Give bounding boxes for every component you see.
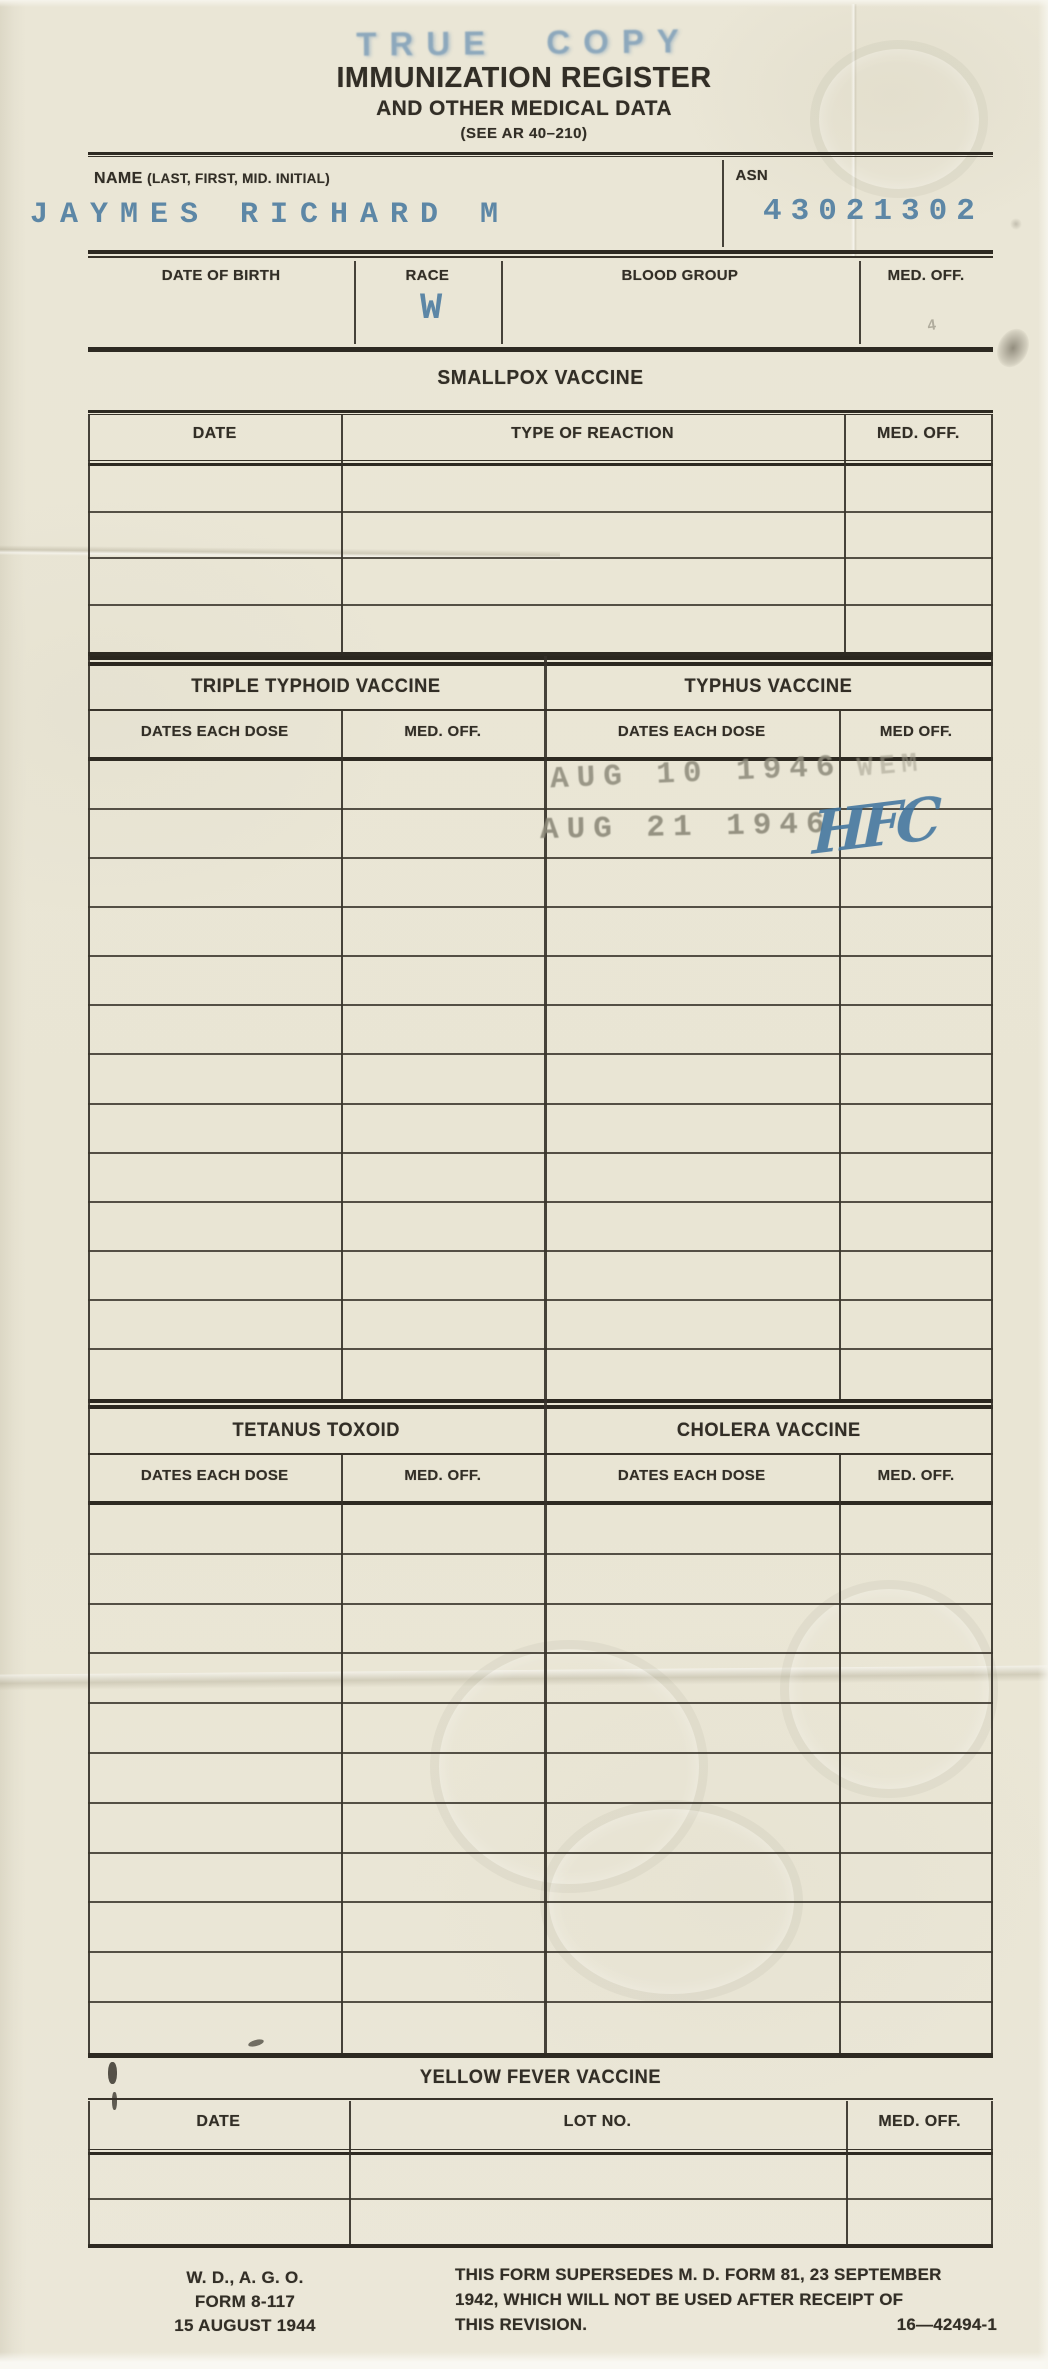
dob-row: DATE OF BIRTH RACE BLOOD GROUP MED. OFF. [88,258,993,347]
table-row [88,1555,993,1605]
rule [88,656,993,666]
column-divider [354,261,356,344]
smallpox-col-medoff: MED. OFF. [844,425,993,460]
rule [88,1399,993,1409]
rule [88,2244,993,2248]
yellow-fever-col-lot: LOT NO. [349,2113,847,2149]
footer-note-line1: THIS FORM SUPERSEDES M. D. FORM 81, 23 S… [455,2262,997,2287]
scan-edge [0,2352,1048,2369]
footer-note-line2: 1942, WHICH WILL NOT BE USED AFTER RECEI… [455,2287,997,2312]
table-row [88,1203,993,1252]
smallpox-table: DATE TYPE OF REACTION MED. OFF. [88,410,993,656]
name-sub-label: (LAST, FIRST, MID. INITIAL) [147,171,330,186]
cholera-title: CHOLERA VACCINE [677,1420,861,1442]
tetanus-cholera-table: TETANUS TOXOID CHOLERA VACCINE DATES EAC… [88,1399,993,2053]
asn-value-typed: 43021302 [763,194,984,229]
table-row [88,1654,993,1704]
race-label: RACE [354,267,501,284]
ink-blot [108,2062,117,2084]
race-value-typed: W [420,288,442,330]
rule [88,250,993,258]
smallpox-section-title: SMALLPOX VACCINE [106,367,975,390]
footer-note-line3: THIS REVISION. [455,2312,587,2337]
pencil-mark: 4 [926,315,949,344]
table-row [88,513,993,560]
tetanus-col-dates: DATES EACH DOSE [88,1467,341,1501]
footer-print-code: 16—42494-1 [897,2312,997,2337]
dob-race-blood-table: DATE OF BIRTH RACE BLOOD GROUP MED. OFF. [88,258,993,352]
typhus-medoff-stamp-1: WEM [856,749,925,785]
footer-form-date: 15 AUGUST 1944 [110,2314,380,2338]
yellow-fever-col-date: DATE [88,2113,349,2149]
scan-edge [0,0,1048,7]
table-row [88,2200,993,2245]
table-row [88,1055,993,1104]
table-row [88,1903,993,1953]
tetanus-col-medoff: MED. OFF. [341,1467,544,1501]
table-row [88,1006,993,1055]
table-row [88,2003,993,2053]
yellow-fever-rows [88,2155,993,2244]
cholera-col-dates: DATES EACH DOSE [544,1467,839,1501]
cholera-col-medoff: MED. OFF. [839,1467,993,1501]
table-row [88,559,993,606]
smallpox-col-date: DATE [88,425,341,460]
column-divider [501,261,503,344]
yellow-fever-col-medoff: MED. OFF. [846,2113,993,2149]
typhoid-title: TRIPLE TYPHOID VACCINE [191,676,440,698]
table-row [88,1704,993,1754]
footer-agency: W. D., A. G. O. [110,2266,380,2290]
dob-label: DATE OF BIRTH [88,267,354,284]
typhus-title: TYPHUS VACCINE [685,676,853,698]
name-label-group: NAME (LAST, FIRST, MID. INITIAL) [94,170,330,188]
table-row [88,908,993,957]
footer-note-block: THIS FORM SUPERSEDES M. D. FORM 81, 23 S… [455,2262,997,2337]
smallpox-col-reaction: TYPE OF REACTION [341,425,843,460]
form-regulation-reference: (SEE AR 40–210) [0,125,1048,142]
table-row [88,2155,993,2200]
table-row [88,859,993,908]
table-row [88,1854,993,1904]
form-title: IMMUNIZATION REGISTER [5,62,1043,95]
table-row [88,1350,993,1399]
rule [88,347,993,352]
table-row [88,1605,993,1655]
table-row [88,466,993,513]
form-subtitle: AND OTHER MEDICAL DATA [0,97,1048,121]
table-row [88,606,993,653]
table-row [88,1754,993,1804]
table-row [88,1252,993,1301]
scanned-form-page: TRUE COPY IMMUNIZATION REGISTER AND OTHE… [0,0,1048,2369]
table-row [88,1505,993,1555]
table-row [88,1804,993,1854]
yellow-fever-table: YELLOW FEVER VACCINE DATE LOT NO. MED. O… [88,2053,993,2249]
tetanus-title: TETANUS TOXOID [232,1420,400,1442]
name-label: NAME [94,170,143,187]
column-divider [722,160,724,247]
name-value-typed: JAYMES RICHARD M [30,198,510,232]
blood-group-label: BLOOD GROUP [501,267,859,284]
column-divider [859,261,861,344]
typhoid-col-medoff: MED. OFF. [341,723,544,757]
table-row [88,1301,993,1350]
table-row [88,1154,993,1203]
footer-agency-block: W. D., A. G. O. FORM 8-117 15 AUGUST 194… [110,2266,380,2338]
footer-form-number: FORM 8-117 [110,2290,380,2314]
ink-speck [1010,218,1022,230]
typhus-date-stamp-2: AUG 21 1946 [540,807,833,848]
table-row [88,1105,993,1154]
yellow-fever-title: YELLOW FEVER VACCINE [106,2058,975,2098]
typhoid-col-dates: DATES EACH DOSE [88,723,341,757]
med-off-label: MED. OFF. [859,267,993,284]
tetanus-cholera-rows [88,1505,993,2053]
table-row [88,957,993,1006]
table-row [88,1953,993,2003]
asn-label: ASN [736,167,769,184]
ink-smudge [991,324,1035,373]
scan-edge [1038,0,1048,2369]
smallpox-rows [88,466,993,652]
